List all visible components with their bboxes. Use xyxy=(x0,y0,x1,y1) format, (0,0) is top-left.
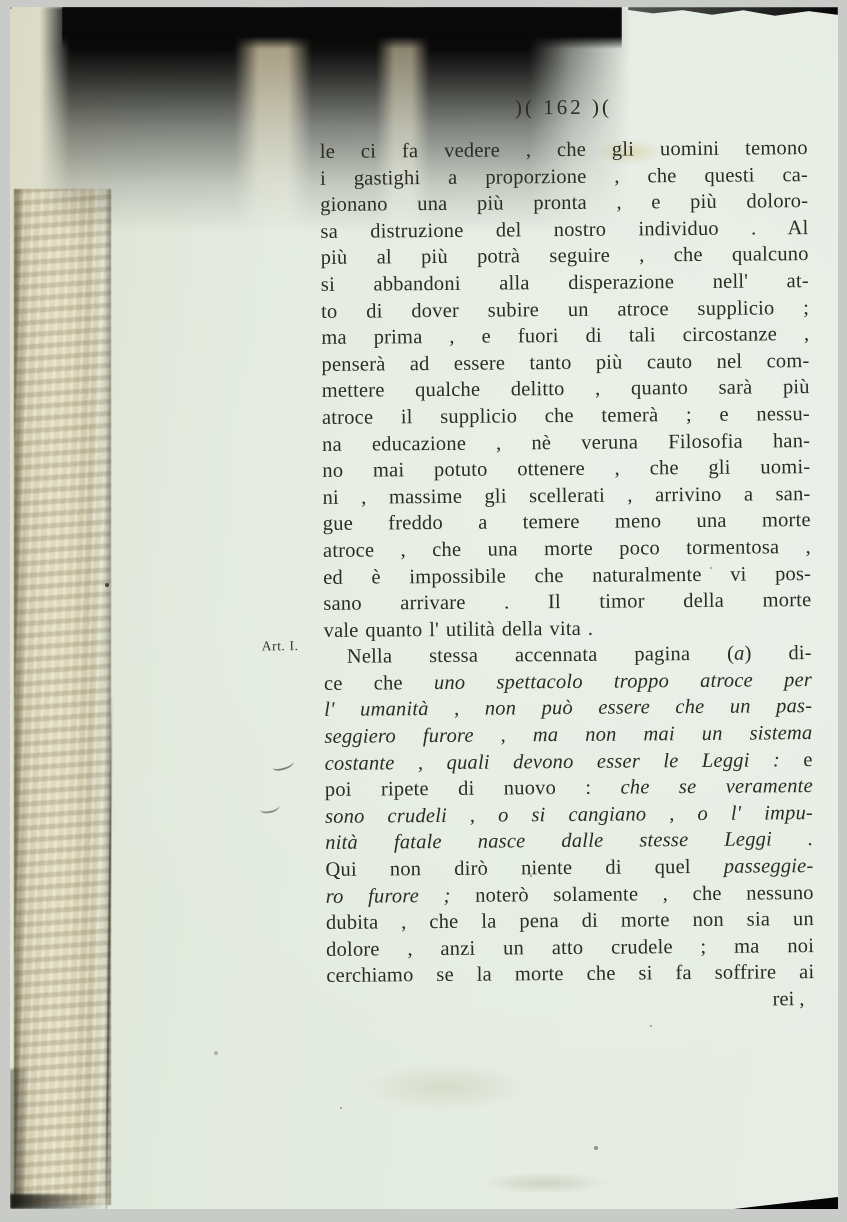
catchword: rei , xyxy=(326,986,814,1016)
margin-pen-mark xyxy=(271,757,295,772)
text-segment: e xyxy=(780,749,813,771)
text-segment: no mai potuto ottenere , che gli uomi- xyxy=(322,456,810,482)
italic-text-segment: che se veramente xyxy=(620,775,812,799)
text-segment: le ci fa vedere , che gli uomini temono xyxy=(320,137,808,163)
text-segment: atroce il supplicio che temerà ; e nessu… xyxy=(322,403,810,429)
italic-text-segment: passeggie- xyxy=(724,855,814,878)
text-line: sa distruzione del nostro individuo . Al xyxy=(320,215,808,245)
text-line: costante , quali devono esser le Leggi :… xyxy=(325,747,813,777)
text-segment: Nella stessa accennata pagina ( xyxy=(347,643,734,668)
text-segment: ce che xyxy=(324,672,434,695)
text-line: dolore , anzi un atto crudele ; ma noi xyxy=(326,933,814,963)
italic-text-segment: a xyxy=(734,643,745,665)
paper-stain xyxy=(360,1062,530,1112)
italic-text-segment: l' umanità , non può essere che un pas- xyxy=(324,696,812,722)
page-text-block: )( 162 )( Art. I. le ci fa vedere , che … xyxy=(319,91,814,1016)
text-line: nità fatale nasce dalle stesse Leggi . xyxy=(325,827,813,857)
text-line: ce che uno spettacolo troppo atroce per xyxy=(324,667,812,697)
text-segment: ma prima , e fuori di tali circostanze , xyxy=(321,323,809,349)
text-line: atroce il supplicio che temerà ; e nessu… xyxy=(322,401,810,431)
text-line: gue freddo a temere meno una morte xyxy=(323,507,811,537)
text-segment: mettere qualche delitto , quanto sarà pi… xyxy=(322,376,810,402)
text-segment: sa distruzione del nostro individuo . Al xyxy=(320,217,808,243)
text-segment: si abbandoni alla disperazione nell' at- xyxy=(321,270,809,296)
text-line: ro furore ; noterò solamente , che nessu… xyxy=(326,880,814,910)
text-segment: i gastighi a proporzione , che questi ca… xyxy=(320,164,808,190)
text-segment: ni , massime gli scellerati , arrivino a… xyxy=(322,483,810,509)
text-line: sono crudeli , o si cangiano , o l' impu… xyxy=(325,800,813,830)
text-segment: gionano una più pronta , e più doloro- xyxy=(320,190,808,216)
text-segment: noterò solamente , che nessuno xyxy=(475,882,814,907)
page-top-edge-shadow xyxy=(628,7,838,18)
text-segment: sano arrivare . Il timor della morte xyxy=(323,589,811,615)
text-line: na educazione , nè veruna Filosofia han- xyxy=(322,428,810,458)
text-line: ed è impossibile che naturalmente vi pos… xyxy=(323,561,811,591)
italic-text-segment: ro furore ; xyxy=(326,884,476,907)
text-line: i gastighi a proporzione , che questi ca… xyxy=(320,162,808,192)
text-segment: gue freddo a temere meno una morte xyxy=(323,509,811,535)
book-page-scan: )( 162 )( Art. I. le ci fa vedere , che … xyxy=(10,7,838,1209)
italic-text-segment: costante , quali devono esser le Leggi : xyxy=(325,749,781,775)
text-segment: cerchiamo se la morte che si fa soffrire… xyxy=(326,961,814,987)
text-line: ma prima , e fuori di tali circostanze , xyxy=(321,321,809,351)
text-line: atroce , che una morte poco tormentosa , xyxy=(323,534,811,564)
scanner-shadow-top xyxy=(62,7,622,49)
italic-text-segment: uno spettacolo troppo atroce per xyxy=(434,669,812,694)
text-line: l' umanità , non può essere che un pas- xyxy=(324,694,812,724)
bottom-left-corner-shadow xyxy=(10,1069,30,1199)
text-segment: dubita , che la pena di morte non sia un xyxy=(326,908,814,934)
text-line: cerchiamo se la morte che si fa soffrire… xyxy=(326,959,814,989)
text-line: Qui non dirò niente di quel passeggie- xyxy=(325,853,813,883)
text-segment: ) di- xyxy=(744,642,811,665)
text-line: si abbandoni alla disperazione nell' at- xyxy=(321,268,809,298)
text-segment: atroce , che una morte poco tormentosa , xyxy=(323,536,811,562)
text-segment: na educazione , nè veruna Filosofia han- xyxy=(322,430,810,456)
margin-note-article: Art. I. xyxy=(262,638,299,654)
text-segment: ed è impossibile che naturalmente vi pos… xyxy=(323,563,811,589)
text-line: dubita , che la pena di morte non sia un xyxy=(326,906,814,936)
text-segment: penserà ad essere tanto più cauto nel co… xyxy=(321,350,809,376)
scanned-book-photo: { "colors": { "frame": "#c9cbc8", "paper… xyxy=(0,0,847,1222)
page-bottom-corner-shadow xyxy=(734,1197,838,1209)
text-segment: Qui non dirò niente di quel xyxy=(325,856,723,881)
text-line: gionano una più pronta , e più doloro- xyxy=(320,188,808,218)
text-line: no mai potuto ottenere , che gli uomi- xyxy=(322,454,810,484)
text-line: vale quanto l' utilità della vita . xyxy=(323,614,811,644)
text-line: ni , massime gli scellerati , arrivino a… xyxy=(322,481,810,511)
text-segment: vale quanto l' utilità della vita . xyxy=(324,617,594,641)
text-line: le ci fa vedere , che gli uomini temono xyxy=(320,135,808,165)
text-line: poi ripete di nuovo : che se veramente xyxy=(325,773,813,803)
text-segment: to di dover subire un atroce supplicio ; xyxy=(321,297,809,323)
italic-text-segment: nità fatale nasce dalle stesse Leggi . xyxy=(325,829,813,855)
book-binding-edge xyxy=(14,189,111,1205)
foxing-specks xyxy=(10,7,12,9)
text-line: Nella stessa accennata pagina (a) di- xyxy=(324,640,812,670)
page-number-header: )( 162 )( xyxy=(319,91,807,139)
text-line: sano arrivare . Il timor della morte xyxy=(323,587,811,617)
italic-text-segment: seggiero furore , ma non mai un sistema xyxy=(324,722,812,748)
text-line: mettere qualche delitto , quanto sarà pi… xyxy=(322,374,810,404)
margin-pen-mark xyxy=(259,801,280,815)
text-line: seggiero furore , ma non mai un sistema xyxy=(324,720,812,750)
text-segment: poi ripete di nuovo : xyxy=(325,777,621,801)
italic-text-segment: sono crudeli , o si cangiano , o l' impu… xyxy=(325,802,813,828)
text-line: più al più potrà seguire , che qualcuno xyxy=(321,241,809,271)
paper-stain xyxy=(480,1172,610,1194)
text-segment: più al più potrà seguire , che qualcuno xyxy=(321,243,809,269)
text-segment: dolore , anzi un atto crudele ; ma noi xyxy=(326,935,814,961)
text-line: penserà ad essere tanto più cauto nel co… xyxy=(321,348,809,378)
text-lines: le ci fa vedere , che gli uomini temonoi… xyxy=(320,135,815,990)
text-line: to di dover subire un atroce supplicio ; xyxy=(321,295,809,325)
